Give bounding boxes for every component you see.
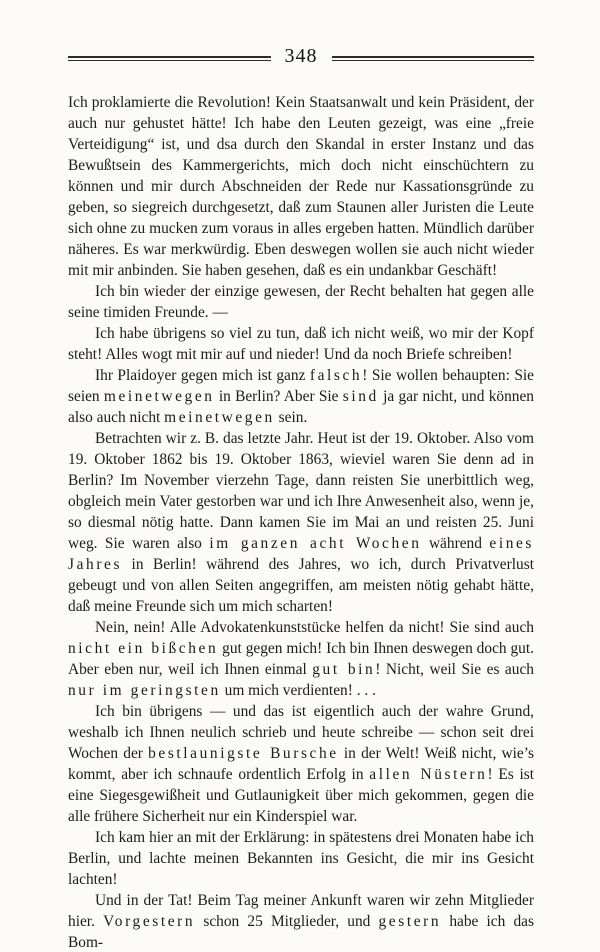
header-rule-right [332, 56, 535, 61]
text-run: um mich verdienten! . . . [221, 682, 376, 699]
emphasized-text: im ganzen acht Wochen [209, 535, 421, 552]
text-run: Ich kam hier an mit der Erklärung: in sp… [68, 829, 534, 888]
emphasized-text: nicht ein bißchen [68, 640, 218, 657]
emphasized-text: bestlaunigste Bursche [148, 745, 339, 762]
emphasized-text: nur im geringsten [68, 682, 221, 699]
paragraph: Ihr Plaidoyer gegen mich ist ganz falsch… [68, 365, 534, 428]
paragraph: Ich habe übrigens so viel zu tun, daß ic… [68, 323, 534, 365]
paragraph: Ich proklamierte die Revolution! Kein St… [68, 92, 534, 281]
paragraph: Ich bin wieder der einzige gewesen, der … [68, 281, 534, 323]
page-number: 348 [271, 46, 332, 66]
paragraph: Betrachten wir z. B. das letzte Jahr. He… [68, 428, 534, 617]
text-run: Ihr Plaidoyer gegen mich ist ganz [95, 367, 310, 384]
page-content: 348 Ich proklamierte die Revolution! Kei… [68, 48, 534, 952]
text-run: während [422, 535, 490, 552]
paragraph: Ich kam hier an mit der Erklärung: in sp… [68, 827, 534, 890]
text-run: Betrachten wir z. B. das letzte Jahr. He… [68, 430, 534, 552]
emphasized-text: Vorgestern [103, 913, 195, 930]
text-run: Ich proklamierte die Revolution! Kein St… [68, 94, 534, 279]
emphasized-text: sind [343, 388, 379, 405]
paragraph: Ich bin übrigens — und das ist eigentlic… [68, 701, 534, 827]
text-run: Ich bin wieder der einzige gewesen, der … [68, 283, 534, 321]
text-run: in Berlin! während des Jahres, wo ich, d… [68, 556, 534, 615]
scanned-book-page: 348 Ich proklamierte die Revolution! Kei… [0, 0, 600, 952]
text-run: in Berlin? Aber Sie [215, 388, 343, 405]
emphasized-text: meinetwegen [164, 409, 275, 426]
body-text: Ich proklamierte die Revolution! Kein St… [68, 92, 534, 952]
emphasized-text: gut bin [312, 661, 375, 678]
text-run: schon 25 Mitglieder, und [195, 913, 378, 930]
emphasized-text: gestern [379, 913, 442, 930]
text-run: sein. [275, 409, 308, 426]
running-head: 348 [68, 48, 534, 68]
paragraph: Und in der Tat! Beim Tag meiner Ankunft … [68, 890, 534, 952]
header-rule-left [68, 56, 271, 61]
paragraph: Nein, nein! Alle Advokatenkunststücke he… [68, 617, 534, 701]
emphasized-text: allen Nüstern [369, 766, 487, 783]
text-run: Nein, nein! Alle Advokatenkunststücke he… [95, 619, 534, 636]
text-run: Ich habe übrigens so viel zu tun, daß ic… [68, 325, 534, 363]
emphasized-text: falsch [310, 367, 362, 384]
text-run: ! Nicht, weil Sie es auch [375, 661, 534, 678]
emphasized-text: meinetwegen [104, 388, 215, 405]
